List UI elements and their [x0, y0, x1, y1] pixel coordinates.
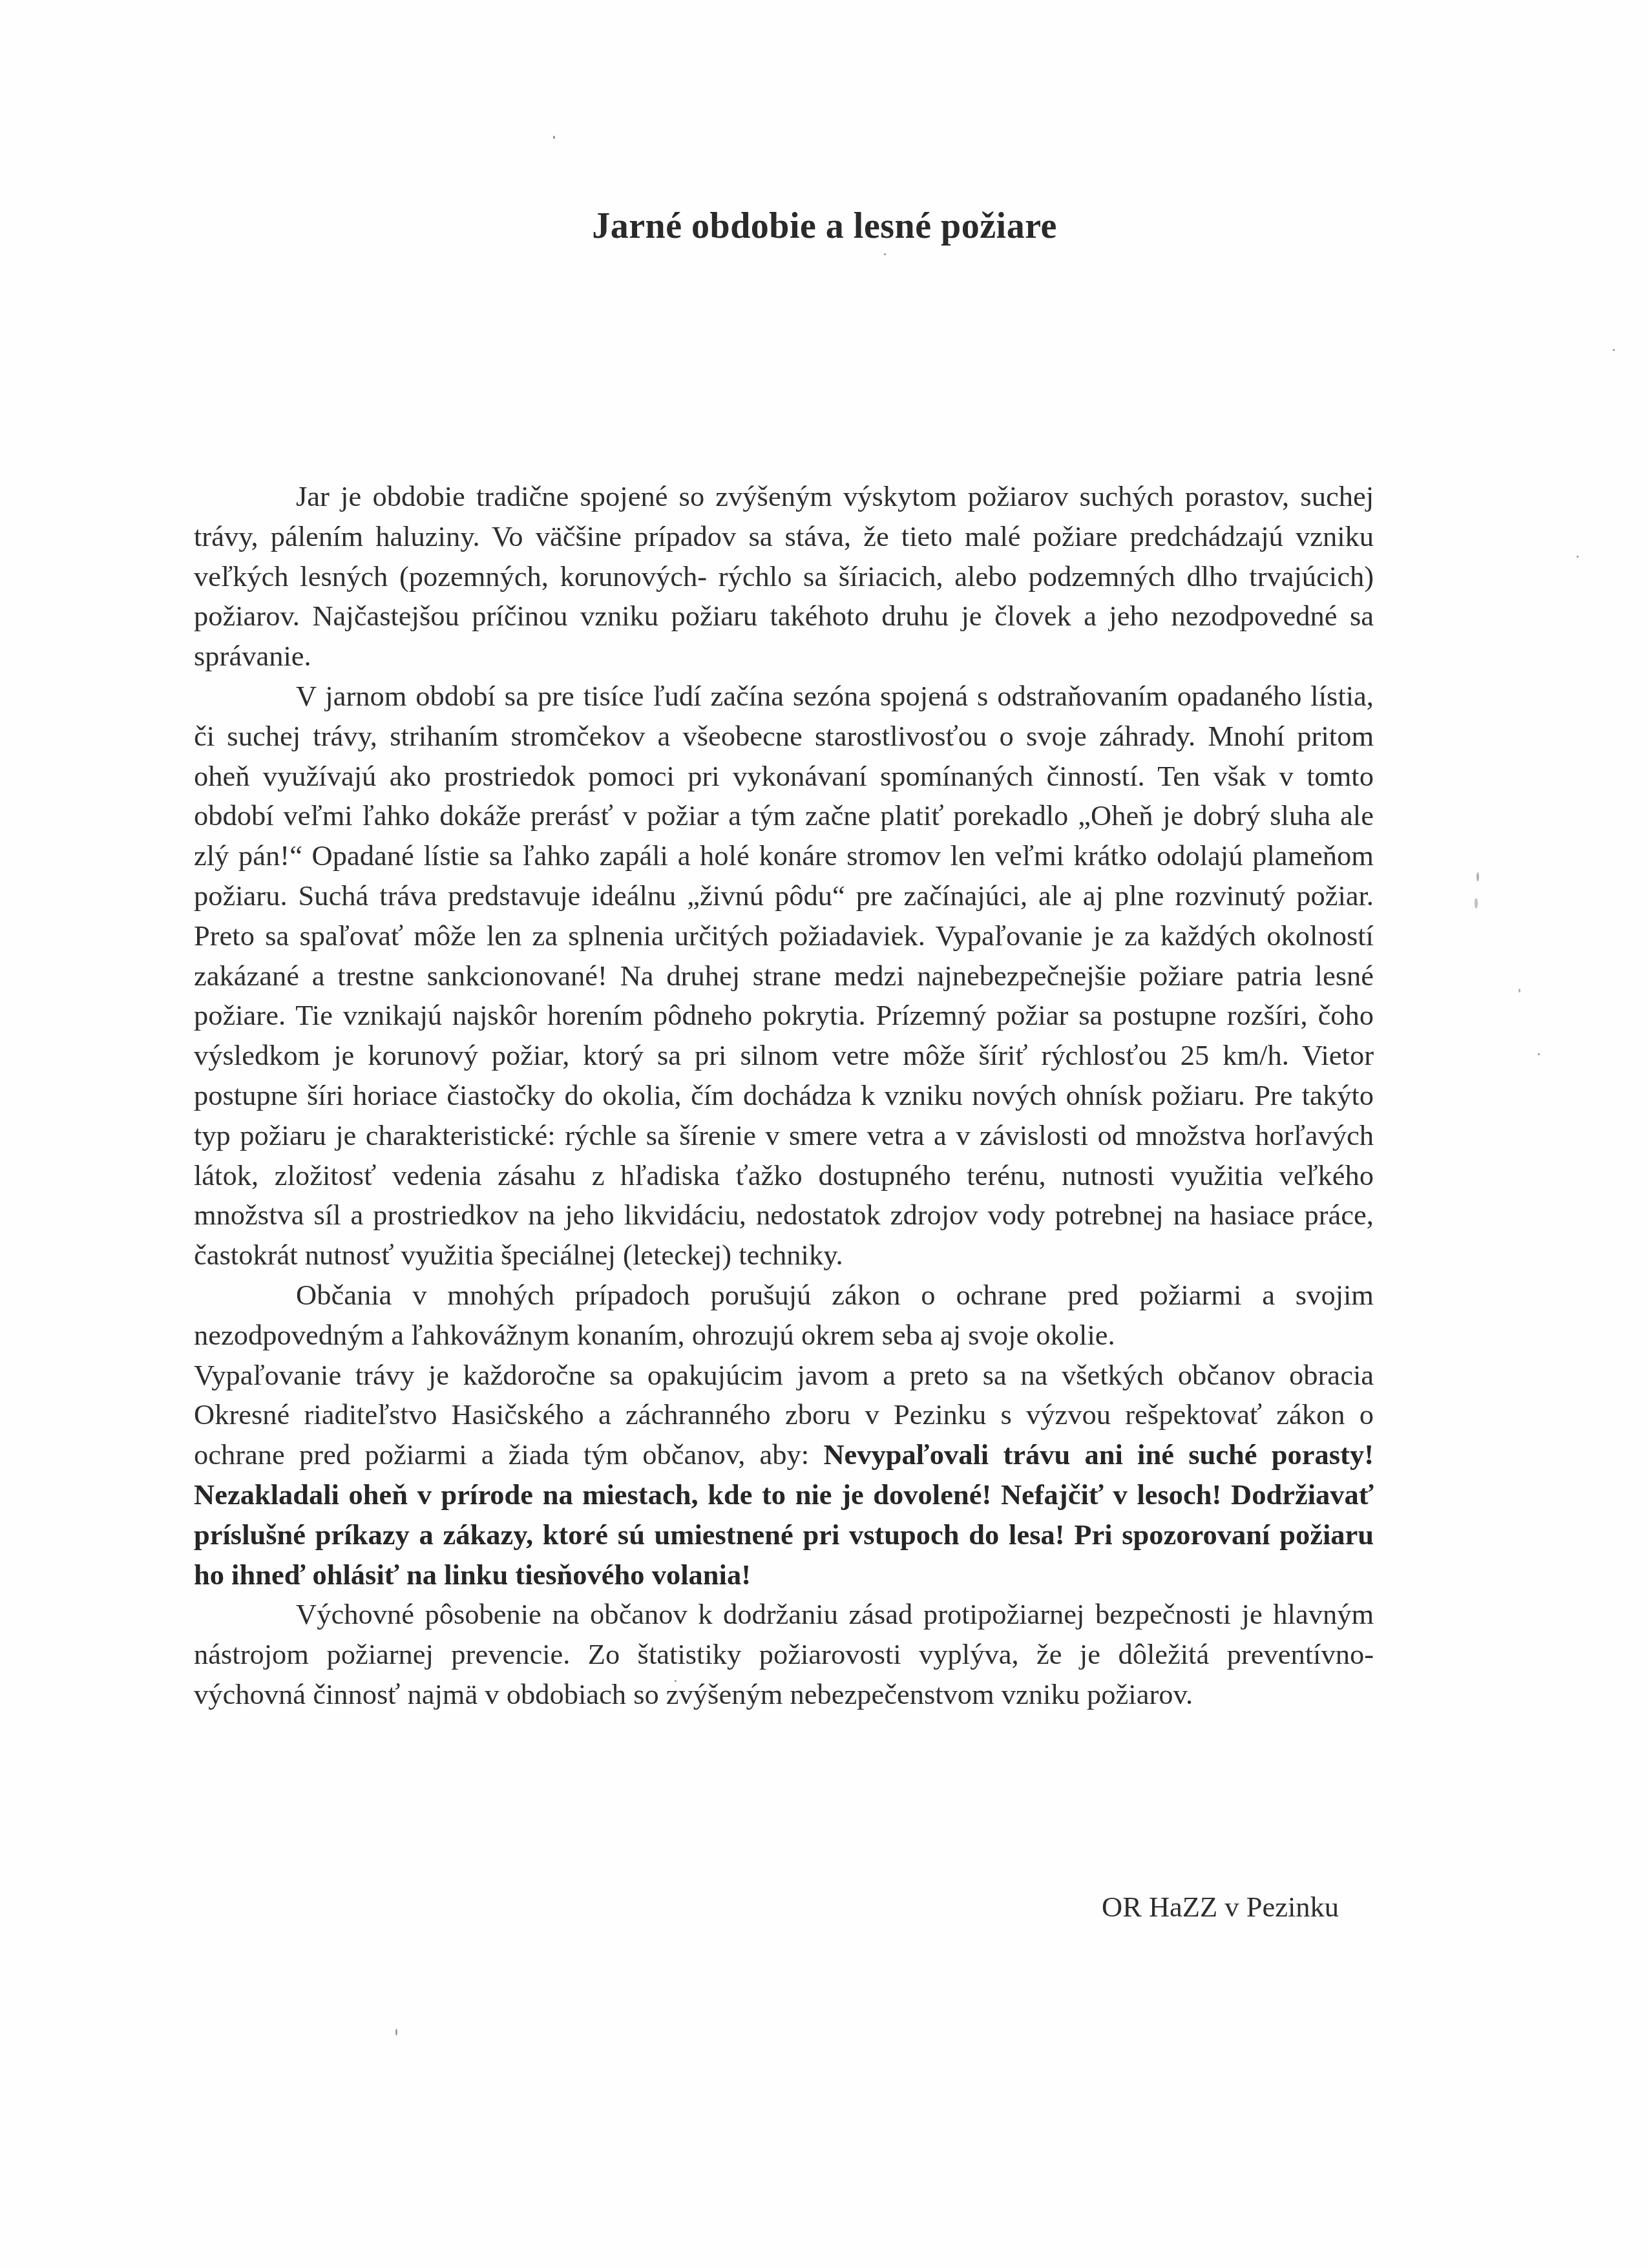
- scan-speck: [675, 1680, 677, 1682]
- document-body: Jar je obdobie tradične spojené so zvýše…: [194, 477, 1374, 1715]
- scan-speck: [395, 2029, 397, 2035]
- scan-speck: [1476, 872, 1479, 881]
- scan-speck: [884, 253, 886, 255]
- scan-speck: [1613, 349, 1615, 351]
- document-title: Jarné obdobie a lesné požiare: [0, 205, 1649, 247]
- scan-speck: [553, 136, 555, 139]
- paragraph-3: Občania v mnohých prípadoch porušujú zák…: [194, 1276, 1374, 1356]
- document-page: Jarné obdobie a lesné požiare Jar je obd…: [0, 0, 1649, 2268]
- scan-speck: [1233, 1415, 1235, 1422]
- paragraph-1: Jar je obdobie tradične spojené so zvýše…: [194, 477, 1374, 677]
- paragraph-4: Vypaľovanie trávy je každoročne sa opaku…: [194, 1356, 1374, 1595]
- scan-speck: [1577, 556, 1579, 558]
- scan-speck: [1518, 989, 1520, 992]
- scan-speck: [1475, 898, 1478, 908]
- paragraph-2: V jarnom období sa pre tisíce ľudí začín…: [194, 677, 1374, 1276]
- scan-speck: [1538, 1053, 1540, 1055]
- signature: OR HaZZ v Pezinku: [1102, 1890, 1339, 1924]
- paragraph-5: Výchovné pôsobenie na občanov k dodržani…: [194, 1595, 1374, 1714]
